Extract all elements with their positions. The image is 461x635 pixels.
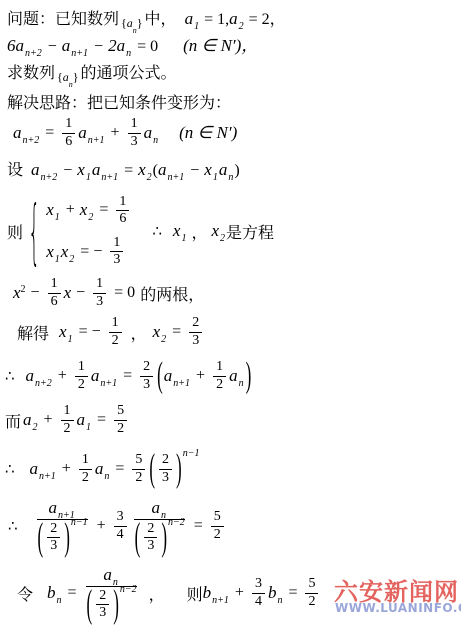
system-brace: { xyxy=(29,189,40,273)
term-a2: a2 xyxy=(23,410,39,430)
fraction-denominator: 3 xyxy=(110,252,123,268)
fraction-denominator: 3 xyxy=(47,538,60,554)
math-variable: a xyxy=(48,498,57,517)
term-x1x2: x1x2 xyxy=(46,242,75,262)
math-variable: x xyxy=(61,242,69,261)
comma: ， xyxy=(191,220,207,243)
chinese-text: 是方程 xyxy=(226,220,274,243)
fraction: 23 xyxy=(96,588,109,621)
math-subscript: n xyxy=(228,172,233,183)
math-variable: a xyxy=(103,565,112,584)
math-variable: a xyxy=(95,459,104,478)
comma: ， xyxy=(149,582,165,605)
math-subscript: n xyxy=(277,595,282,606)
fraction-denominator: 6 xyxy=(116,211,129,227)
math-variable: x xyxy=(64,283,72,303)
big-fraction: an ( 23 ) n−2 xyxy=(86,565,137,621)
term-x2: x2 xyxy=(211,221,226,241)
math-subscript: 2 xyxy=(33,422,38,433)
coefficient: 2 xyxy=(108,36,117,55)
math-subscript: n xyxy=(126,48,131,59)
math-subscript: 2 xyxy=(69,254,74,265)
term-x2: x2 xyxy=(80,200,95,220)
domain-condition: (n ∈ N′) xyxy=(179,123,237,143)
term-a: an+1 xyxy=(30,459,57,479)
math-subscript: n+2 xyxy=(23,135,40,146)
big-fraction: an ( 23 ) n−2 xyxy=(134,498,185,554)
equals-operator: = xyxy=(194,517,203,535)
math-subscript: n+2 xyxy=(41,172,58,183)
chinese-text: 的通项公式。 xyxy=(81,60,177,83)
fraction-denominator: 2 xyxy=(211,527,224,543)
math-subscript: 1 xyxy=(55,254,60,265)
fraction-denominator: 2 xyxy=(109,333,122,349)
fraction-denominator: 2 xyxy=(213,377,226,393)
fraction: 52 xyxy=(305,576,318,609)
math-variable: x xyxy=(204,160,212,179)
chinese-text: 则 xyxy=(7,220,23,243)
math-variable: a xyxy=(92,160,101,179)
fraction-denominator: 2 xyxy=(305,594,318,610)
fraction-numerator: 1 xyxy=(109,315,122,332)
plus-operator: + xyxy=(196,367,205,385)
math-variable: x xyxy=(80,200,88,219)
math-subscript: n xyxy=(69,80,73,89)
fraction-denominator: 4 xyxy=(252,594,265,610)
math-subscript: n+1 xyxy=(88,135,105,146)
fraction-denominator: 2 xyxy=(61,421,74,437)
math-subscript: 2 xyxy=(220,233,225,244)
equals-operator: = xyxy=(97,411,106,429)
roots-solution-line: 解得 x1 = − 12 ， x2 = 23 xyxy=(17,312,205,352)
fraction: 23 xyxy=(159,452,172,485)
math-variable: x xyxy=(173,221,181,240)
quadratic-equation-line: x2 − 16 x − 13 = 0 的两根， xyxy=(13,276,204,310)
term-x2: x2 xyxy=(153,322,168,342)
equals-minus: = − xyxy=(80,243,102,261)
math-variable: a xyxy=(117,36,126,55)
fraction: 12 xyxy=(213,359,226,392)
math-subscript: 1 xyxy=(86,422,91,433)
geometric-formula-line: ∴ an+1 + 12 an = 52 ( 23 ) n−1 xyxy=(5,445,199,493)
fraction-denominator: 3 xyxy=(93,294,106,310)
fraction-numerator: 1 xyxy=(116,194,129,211)
fraction-numerator: 3 xyxy=(252,576,265,593)
fraction: 13 xyxy=(93,276,106,309)
fraction: 12 xyxy=(61,403,74,436)
equals-value: = 1, xyxy=(200,11,229,29)
plus-operator: + xyxy=(97,517,106,535)
plus-operator: + xyxy=(235,584,244,602)
fraction: 34 xyxy=(114,509,127,542)
math-subscript: 1 xyxy=(86,172,91,183)
math-variable: a xyxy=(158,160,167,179)
equals-operator: = xyxy=(115,460,124,478)
fraction-numerator: 2 xyxy=(140,359,153,376)
equals-operator: = xyxy=(99,201,108,219)
math-subscript: n+1 xyxy=(100,378,117,389)
fraction-numerator: 1 xyxy=(128,116,141,133)
fraction-numerator: 2 xyxy=(159,452,172,469)
math-subscript: 1 xyxy=(55,212,60,223)
fraction-denominator: 2 xyxy=(79,470,92,486)
fraction: 52 xyxy=(211,509,224,542)
paren-fraction-power: ( 23 ) n−1 xyxy=(37,521,88,554)
math-variable: x xyxy=(77,160,85,179)
fraction: 34 xyxy=(252,576,265,609)
coefficient: 6 xyxy=(7,36,16,55)
math-variable: a xyxy=(13,123,22,142)
sequence-notation: {an} xyxy=(121,16,143,31)
math-variable: a xyxy=(63,70,69,84)
math-subscript: 2 xyxy=(161,334,166,345)
equals-value: = 2， xyxy=(245,6,286,29)
therefore-symbol: ∴ xyxy=(5,367,16,385)
math-variable: x xyxy=(153,322,161,341)
math-variable: a xyxy=(26,366,35,385)
fraction-denominator: 2 xyxy=(132,470,145,486)
term-2a: 2an xyxy=(108,36,132,56)
fraction-denominator: 3 xyxy=(96,605,109,621)
fraction-numerator: 2 xyxy=(47,521,60,538)
fraction: 16 xyxy=(48,276,61,309)
term-a: an+1 xyxy=(158,160,185,180)
big-fraction-denominator: ( 23 ) n−2 xyxy=(134,520,185,554)
equals-operator: = xyxy=(288,584,297,602)
big-fraction: an+1 ( 23 ) n−1 xyxy=(37,498,88,554)
fraction: 16 xyxy=(116,194,129,227)
math-variable: a xyxy=(31,160,40,179)
math-variable: a xyxy=(16,36,25,55)
math-subscript: n+2 xyxy=(35,378,52,389)
right-paren: ) xyxy=(113,582,119,628)
initial-value-line: 而 a2 + 12 a1 = 52 xyxy=(5,398,130,442)
fraction-denominator: 6 xyxy=(48,294,61,310)
plus-operator: + xyxy=(58,367,67,385)
fraction-denominator: 6 xyxy=(62,134,75,150)
recurrence-equation-line: 6an+2 − an+1 − 2an = 0 (n ∈ N′)， xyxy=(7,31,258,56)
equals-operator: = xyxy=(124,162,133,180)
fraction-numerator: 1 xyxy=(93,276,106,293)
divided-formula-line: ∴ an+1 ( 23 ) n−1 + 34 an ( 23 ) n−2 xyxy=(8,492,227,560)
chinese-text: 而 xyxy=(5,409,21,432)
math-subscript: n xyxy=(57,595,62,606)
exponent: n−2 xyxy=(120,584,137,595)
comma: ， xyxy=(131,321,147,344)
fraction-numerator: 1 xyxy=(110,235,123,252)
exponent: n−1 xyxy=(71,517,88,528)
term-a: an+1 xyxy=(164,366,191,386)
substitution-line: 设 an+2 − x1an+1 = x2 ( an+1 − x1an ) xyxy=(7,157,240,180)
plus-operator: + xyxy=(66,201,75,219)
math-variable: x xyxy=(46,242,54,261)
math-subscript: n+1 xyxy=(212,595,229,606)
fraction: 12 xyxy=(109,315,122,348)
chinese-text: 解决思路：把已知条件变形为： xyxy=(7,90,231,113)
fraction: 16 xyxy=(62,116,75,149)
math-subscript: n+1 xyxy=(168,172,185,183)
fraction-numerator: 2 xyxy=(96,588,109,605)
fraction: 13 xyxy=(110,235,123,268)
term-x1a: x1an+1 xyxy=(77,160,119,180)
math-subscript: n+2 xyxy=(25,48,42,59)
sequence-notation: {an} xyxy=(57,70,79,85)
left-paren: ( xyxy=(149,446,155,492)
equals-zero: = 0 xyxy=(114,284,135,302)
math-variable: a xyxy=(164,366,173,385)
chinese-text: 则 xyxy=(187,582,203,605)
left-paren: ( xyxy=(87,582,93,628)
minus-operator: − xyxy=(48,38,57,56)
math-variable: a xyxy=(77,410,86,429)
math-variable: a xyxy=(185,9,194,28)
math-subscript: n xyxy=(104,471,109,482)
math-variable: a xyxy=(144,123,153,142)
math-variable: x xyxy=(13,283,21,302)
term-b: bn xyxy=(268,583,284,603)
math-variable: a xyxy=(219,160,228,179)
fraction: 23 xyxy=(140,359,153,392)
fraction-denominator: 2 xyxy=(114,421,127,437)
left-paren: ( xyxy=(157,355,163,397)
fraction: 23 xyxy=(189,315,202,348)
chinese-text: 设 xyxy=(7,157,23,180)
fraction-denominator: 3 xyxy=(144,538,157,554)
term-a: an+2 xyxy=(13,123,40,143)
term-x1: x1 xyxy=(59,322,74,342)
term-x1: x1 xyxy=(173,221,188,241)
term-x2: x2 xyxy=(138,160,153,180)
minus-operator: − xyxy=(190,162,199,180)
fraction-numerator: 5 xyxy=(305,576,318,593)
term-bn: bn xyxy=(47,583,63,603)
question-line: 求数列{an}的通项公式。 xyxy=(7,60,177,83)
term-a: an xyxy=(144,123,160,143)
math-variable: a xyxy=(30,459,39,478)
math-variable: b xyxy=(268,583,277,602)
left-paren: ( xyxy=(38,515,44,561)
math-subscript: n xyxy=(239,378,244,389)
substitution-bn-line: 令 bn = an ( 23 ) n−2 ， 则 bn+1 + 34 bn = … xyxy=(17,556,321,630)
math-variable: x xyxy=(211,221,219,240)
left-paren: ( xyxy=(135,515,141,561)
math-variable: a xyxy=(62,36,71,55)
term-a: an+1 xyxy=(62,36,89,56)
exponent: n−1 xyxy=(183,448,200,459)
fraction-denominator: 3 xyxy=(159,470,172,486)
math-subscript: 1 xyxy=(68,334,73,345)
fraction: 52 xyxy=(114,403,127,436)
fraction-numerator: 1 xyxy=(48,276,61,293)
paren-fraction-power: ( 23 ) n−2 xyxy=(134,521,185,554)
fraction-numerator: 5 xyxy=(132,452,145,469)
math-variable: x xyxy=(59,322,67,341)
math-variable: a xyxy=(23,410,32,429)
chinese-text: 的两根， xyxy=(140,282,204,305)
right-paren: ) xyxy=(161,515,167,561)
big-fraction-denominator: ( 23 ) n−1 xyxy=(37,520,88,554)
minus-operator: − xyxy=(76,284,85,302)
term-a1: a1 xyxy=(185,9,201,29)
math-subscript: n xyxy=(153,135,158,146)
plus-operator: + xyxy=(62,460,71,478)
math-subscript: n+1 xyxy=(101,172,118,183)
chinese-text: 求数列 xyxy=(7,60,55,83)
equals-operator: = xyxy=(68,584,77,602)
fraction-denominator: 2 xyxy=(75,377,88,393)
plus-operator: + xyxy=(44,411,53,429)
math-subscript: 1 xyxy=(213,172,218,183)
minus-operator: − xyxy=(31,284,40,302)
paren-fraction-power: ( 23 ) n−1 xyxy=(148,452,199,485)
therefore-symbol: ∴ xyxy=(152,222,163,240)
therefore-symbol: ∴ xyxy=(5,460,16,478)
term-a: an xyxy=(229,366,245,386)
fraction-numerator: 1 xyxy=(213,359,226,376)
close-brace: } xyxy=(137,16,143,30)
system-row-sum: x1 + x2 = 16 xyxy=(46,194,132,227)
term-a: an+2 xyxy=(26,366,53,386)
big-fraction-denominator: ( 23 ) n−2 xyxy=(86,587,137,621)
domain-condition: (n ∈ N′)， xyxy=(183,31,258,56)
fraction: 12 xyxy=(75,359,88,392)
fraction-numerator: 2 xyxy=(189,315,202,332)
plus-operator: + xyxy=(111,124,120,142)
fraction-numerator: 3 xyxy=(114,509,127,526)
equals-operator: = xyxy=(123,367,132,385)
term-6a: 6an+2 xyxy=(7,36,43,56)
right-paren: ) xyxy=(64,515,70,561)
exponent: n−2 xyxy=(168,517,185,528)
math-subscript: 2 xyxy=(88,212,93,223)
transformed-recurrence-line: an+2 = 16 an+1 + 13 an (n ∈ N′) xyxy=(13,115,237,151)
term-a: an+1 xyxy=(78,123,105,143)
solution-idea-line: 解决思路：把已知条件变形为： xyxy=(7,90,231,113)
math-variable: a xyxy=(91,366,100,385)
math-document-page: 问题：已知数列{an}中， a1 = 1, a2 = 2， 6an+2 − an… xyxy=(0,0,461,635)
fraction-numerator: 1 xyxy=(61,403,74,420)
math-subscript: 2 xyxy=(147,172,152,183)
term-x-squared: x2 xyxy=(13,283,26,303)
fraction-denominator: 3 xyxy=(189,333,202,349)
problem-statement-line: 问题：已知数列{an}中， a1 = 1, a2 = 2， xyxy=(7,6,286,29)
math-subscript: n+1 xyxy=(71,48,88,59)
fraction: 13 xyxy=(128,116,141,149)
math-variable: a xyxy=(229,9,238,28)
term-a: an xyxy=(95,459,111,479)
math-variable: a xyxy=(229,366,238,385)
math-variable: a xyxy=(78,123,87,142)
math-variable: a xyxy=(127,16,133,30)
equals-operator: = xyxy=(45,124,54,142)
math-subscript: 1 xyxy=(181,233,186,244)
math-variable: b xyxy=(203,583,212,602)
term-x1a: x1an xyxy=(204,160,234,180)
term-a: an+2 xyxy=(31,160,58,180)
chinese-text: 令 xyxy=(17,582,33,605)
close-brace: } xyxy=(73,70,79,84)
math-variable: x xyxy=(46,200,54,219)
fraction-numerator: 5 xyxy=(211,509,224,526)
watermark-site-url: WWW.LUANINFO.COM xyxy=(335,601,461,615)
therefore-symbol: ∴ xyxy=(8,517,19,535)
term-x1: x1 xyxy=(46,200,61,220)
fraction-denominator: 3 xyxy=(140,377,153,393)
fraction-numerator: 5 xyxy=(114,403,127,420)
math-variable: a xyxy=(151,498,160,517)
chinese-text: 解得 xyxy=(17,321,49,344)
fraction-numerator: 1 xyxy=(75,359,88,376)
term-a2: a2 xyxy=(229,9,245,29)
right-paren: ) xyxy=(246,355,252,397)
minus-operator: − xyxy=(94,38,103,56)
math-subscript: n+1 xyxy=(39,471,56,482)
chinese-text: 中， xyxy=(145,6,177,29)
problem-label-text: 问题：已知数列 xyxy=(7,6,119,29)
fraction: 52 xyxy=(132,452,145,485)
fraction-denominator: 4 xyxy=(114,527,127,543)
right-paren: ) xyxy=(234,162,239,180)
equation-system-line: 则 { x1 + x2 = 16 x1x2 = − 13 ∴ x1 ， x2 是… xyxy=(7,192,274,270)
math-variable: b xyxy=(47,583,56,602)
fraction: 12 xyxy=(79,452,92,485)
math-subscript: n+1 xyxy=(173,378,190,389)
minus-operator: − xyxy=(63,162,72,180)
fraction: 23 xyxy=(144,521,157,554)
equals-minus: = − xyxy=(79,323,101,341)
fraction-numerator: 1 xyxy=(79,452,92,469)
right-paren: ) xyxy=(176,446,182,492)
equals-operator: = xyxy=(172,323,181,341)
term-a1: a1 xyxy=(77,410,93,430)
math-superscript: 2 xyxy=(21,284,26,295)
paren-fraction-power: ( 23 ) n−2 xyxy=(86,588,137,621)
fraction-denominator: 3 xyxy=(128,134,141,150)
term-b: bn+1 xyxy=(203,583,230,603)
term-a: an+1 xyxy=(91,366,118,386)
fraction: 23 xyxy=(47,521,60,554)
math-variable: x xyxy=(138,160,146,179)
equation-system: x1 + x2 = 16 x1x2 = − 13 xyxy=(46,194,132,268)
fraction-numerator: 1 xyxy=(62,116,75,133)
system-row-product: x1x2 = − 13 xyxy=(46,235,132,268)
fraction-numerator: 2 xyxy=(144,521,157,538)
derived-recurrence-line: ∴ an+2 + 12 an+1 = 23 ( an+1 + 12 an ) xyxy=(5,355,252,397)
equals-zero: = 0 xyxy=(137,38,158,56)
